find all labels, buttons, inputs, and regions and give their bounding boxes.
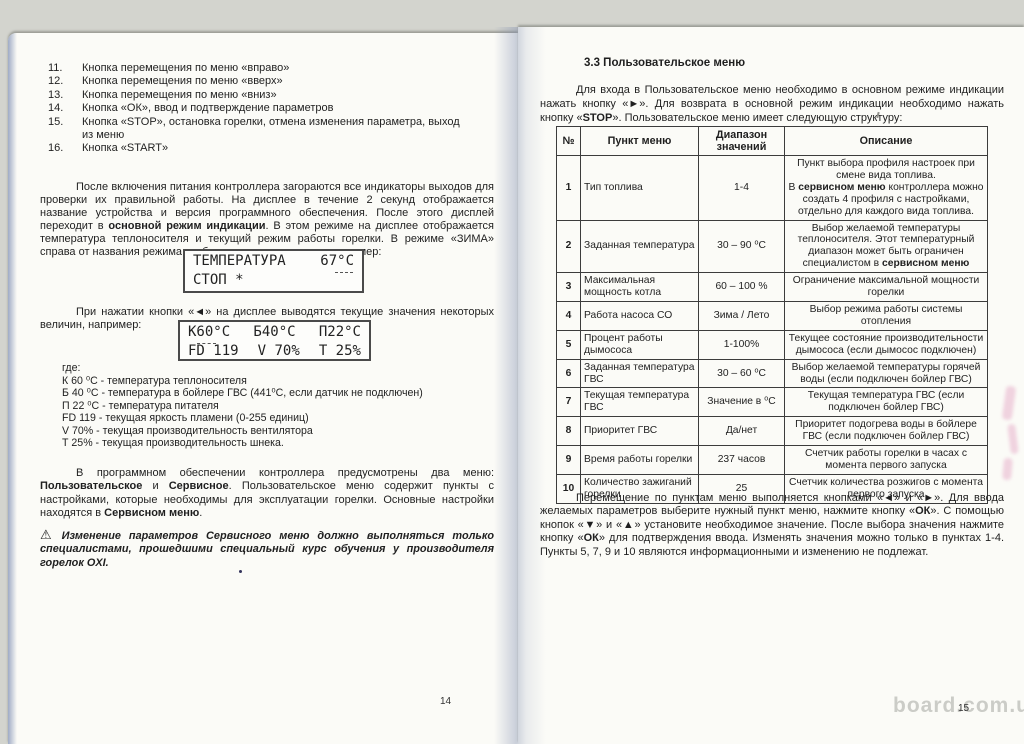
page-left-edge — [8, 33, 17, 744]
cell-menu-item: Процент работы дымососа — [581, 330, 699, 359]
legend-line: Б 40 ⁰С - температура в бойлере ГВС (441… — [62, 387, 423, 400]
section-heading: 3.3 Пользовательское меню — [584, 57, 745, 69]
table-header-cell: № — [557, 127, 581, 156]
cell-range: 30 – 90 ⁰С — [699, 220, 785, 273]
cell-number: 7 — [557, 388, 581, 417]
lcd-display-values: К60°СБ40°СП22°С FD 119V 70%Т 25% — [178, 320, 371, 361]
cell-number: 4 — [557, 301, 581, 330]
cell-menu-item: Заданная температура ГВС — [581, 359, 699, 388]
list-item: 15. Кнопка «STOP», остановка горелки, от… — [48, 116, 472, 143]
cell-menu-item: Работа насоса СО — [581, 301, 699, 330]
table-row: 1 Тип топлива 1-4 Пункт выбора профиля н… — [557, 156, 988, 221]
cell-range: 237 часов — [699, 446, 785, 475]
table-row: 3 Максимальная мощность котла 60 – 100 %… — [557, 273, 988, 302]
lcd-label-temperature: ТЕМПЕРАТУРА — [193, 252, 286, 271]
list-item-number: 14. — [48, 102, 82, 115]
cell-number: 3 — [557, 273, 581, 302]
left-page: 11. Кнопка перемещения по меню «вправо» … — [8, 33, 518, 744]
list-item-text: Кнопка «STOP», остановка горелки, отмена… — [82, 116, 472, 143]
table-header-cell: Пункт меню — [581, 127, 699, 156]
cell-range: 60 – 100 % — [699, 273, 785, 302]
page-number-left: 14 — [440, 696, 451, 707]
scanned-manual-spread: 11. Кнопка перемещения по меню «вправо» … — [0, 0, 1024, 744]
lcd-value-token: FD 119 — [188, 342, 239, 361]
table-row: 2 Заданная температура 30 – 90 ⁰С Выбор … — [557, 220, 988, 273]
legend-line: V 70% - текущая производительность венти… — [62, 425, 423, 438]
table-header-row: №Пункт менюДиапазон значенийОписание — [557, 127, 988, 156]
cell-description: Выбор режима работы системы отопления — [785, 301, 988, 330]
lcd-value-token: К60°С — [188, 323, 230, 342]
lcd-values-line-2: FD 119V 70%Т 25% — [188, 342, 361, 361]
list-item: 13. Кнопка перемещения по меню «вниз» — [48, 89, 472, 102]
list-item-text: Кнопка перемещения по меню «вниз» — [82, 89, 472, 102]
lcd-cursor-underline — [197, 343, 216, 344]
paragraph-navigation: Перемещение по пунктам меню выполняется … — [540, 492, 1004, 559]
legend-line: Т 25% - текущая производительность шнека… — [62, 437, 423, 450]
list-item-number: 11. — [48, 62, 82, 75]
cell-description: Приоритет подогрева воды в бойлере ГВС (… — [785, 417, 988, 446]
cell-number: 8 — [557, 417, 581, 446]
lcd-values-line-1: К60°СБ40°СП22°С — [188, 323, 361, 342]
ink-dot — [239, 570, 242, 573]
cell-number: 9 — [557, 446, 581, 475]
cell-menu-item: Время работы горелки — [581, 446, 699, 475]
table-row: 7 Текущая температура ГВС Значение в ⁰С … — [557, 388, 988, 417]
warning-text: Изменение параметров Сервисного меню дол… — [40, 530, 494, 569]
list-item-text: Кнопка «ОК», ввод и подтверждение параме… — [82, 102, 472, 115]
lcd-value-token: Б40°С — [253, 323, 295, 342]
cell-description: Пункт выбора профиля настроек при смене … — [785, 156, 988, 221]
lcd-cursor-underline — [335, 272, 353, 273]
table-header-cell: Описание — [785, 127, 988, 156]
page-number-right: 15 — [958, 703, 969, 714]
pen-mark — [1002, 458, 1013, 481]
warning-note: ⚠Изменение параметров Сервисного меню до… — [40, 528, 494, 570]
cell-description: Выбор желаемой температуры теплоносителя… — [785, 220, 988, 273]
right-page: 3.3 Пользовательское меню Для входа в По… — [518, 27, 1024, 744]
cell-number: 5 — [557, 330, 581, 359]
cell-menu-item: Максимальная мощность котла — [581, 273, 699, 302]
table-header-cell: Диапазон значений — [699, 127, 785, 156]
lcd-line-1: ТЕМПЕРАТУРА 67°С — [193, 252, 354, 271]
lcd-line-2: СТОП * — [193, 271, 354, 290]
table-row: 9 Время работы горелки 237 часов Счетчик… — [557, 446, 988, 475]
lcd-value-temperature: 67°С — [320, 252, 354, 271]
cell-range: Значение в ⁰С — [699, 388, 785, 417]
list-item: 16. Кнопка «START» — [48, 142, 472, 155]
legend-line: К 60 ⁰С - температура теплоносителя — [62, 375, 423, 388]
list-item: 12. Кнопка перемещения по меню «вверх» — [48, 75, 472, 88]
cell-range: 1-4 — [699, 156, 785, 221]
cell-description: Текущее состояние производительности дым… — [785, 330, 988, 359]
list-item-text: Кнопка перемещения по меню «вверх» — [82, 75, 472, 88]
lcd-display-main-mode: ТЕМПЕРАТУРА 67°С СТОП * — [183, 249, 364, 293]
table-row: 8 Приоритет ГВС Да/нет Приоритет подогре… — [557, 417, 988, 446]
list-item-number: 12. — [48, 75, 82, 88]
cell-description: Счетчик работы горелки в часах с момента… — [785, 446, 988, 475]
list-item-number: 13. — [48, 89, 82, 102]
lcd-value-token: П22°С — [319, 323, 361, 342]
paragraph-intro: Для входа в Пользовательское меню необхо… — [540, 83, 1004, 126]
list-item: 11. Кнопка перемещения по меню «вправо» — [48, 62, 472, 75]
table-row: 4 Работа насоса СО Зима / Лето Выбор реж… — [557, 301, 988, 330]
list-item-number: 16. — [48, 142, 82, 155]
paragraph-startup: После включения питания контроллера заго… — [40, 181, 494, 259]
table-row: 6 Заданная температура ГВС 30 – 60 ⁰С Вы… — [557, 359, 988, 388]
cell-range: Да/нет — [699, 417, 785, 446]
value-legend: где:К 60 ⁰С - температура теплоносителяБ… — [62, 362, 423, 450]
paragraph-menus: В программном обеспечении контроллера пр… — [40, 467, 494, 521]
cell-description: Выбор желаемой температуры горячей воды … — [785, 359, 988, 388]
warning-icon: ⚠ — [40, 527, 57, 542]
cell-menu-item: Заданная температура — [581, 220, 699, 273]
cell-number: 6 — [557, 359, 581, 388]
cell-range: Зима / Лето — [699, 301, 785, 330]
cell-menu-item: Тип топлива — [581, 156, 699, 221]
cell-range: 1-100% — [699, 330, 785, 359]
button-key-list: 11. Кнопка перемещения по меню «вправо» … — [48, 62, 472, 156]
list-item: 14. Кнопка «ОК», ввод и подтверждение па… — [48, 102, 472, 115]
list-item-text: Кнопка перемещения по меню «вправо» — [82, 62, 472, 75]
cell-range: 30 – 60 ⁰С — [699, 359, 785, 388]
cell-menu-item: Приоритет ГВС — [581, 417, 699, 446]
cell-number: 1 — [557, 156, 581, 221]
cell-description: Ограничение максимальной мощности горелк… — [785, 273, 988, 302]
list-item-text: Кнопка «START» — [82, 142, 472, 155]
cell-description: Текущая температура ГВС (если подключен … — [785, 388, 988, 417]
list-item-number: 15. — [48, 116, 82, 143]
table-row: 5 Процент работы дымососа 1-100% Текущее… — [557, 330, 988, 359]
legend-line: FD 119 - текущая яркость пламени (0-255 … — [62, 412, 423, 425]
lcd-value-token: Т 25% — [319, 342, 361, 361]
cell-menu-item: Текущая температура ГВС — [581, 388, 699, 417]
cell-number: 2 — [557, 220, 581, 273]
legend-line: где: — [62, 362, 423, 375]
user-menu-table: №Пункт менюДиапазон значенийОписание 1 Т… — [556, 126, 988, 504]
lcd-value-token: V 70% — [258, 342, 300, 361]
legend-line: П 22 ⁰С - температура питателя — [62, 400, 423, 413]
